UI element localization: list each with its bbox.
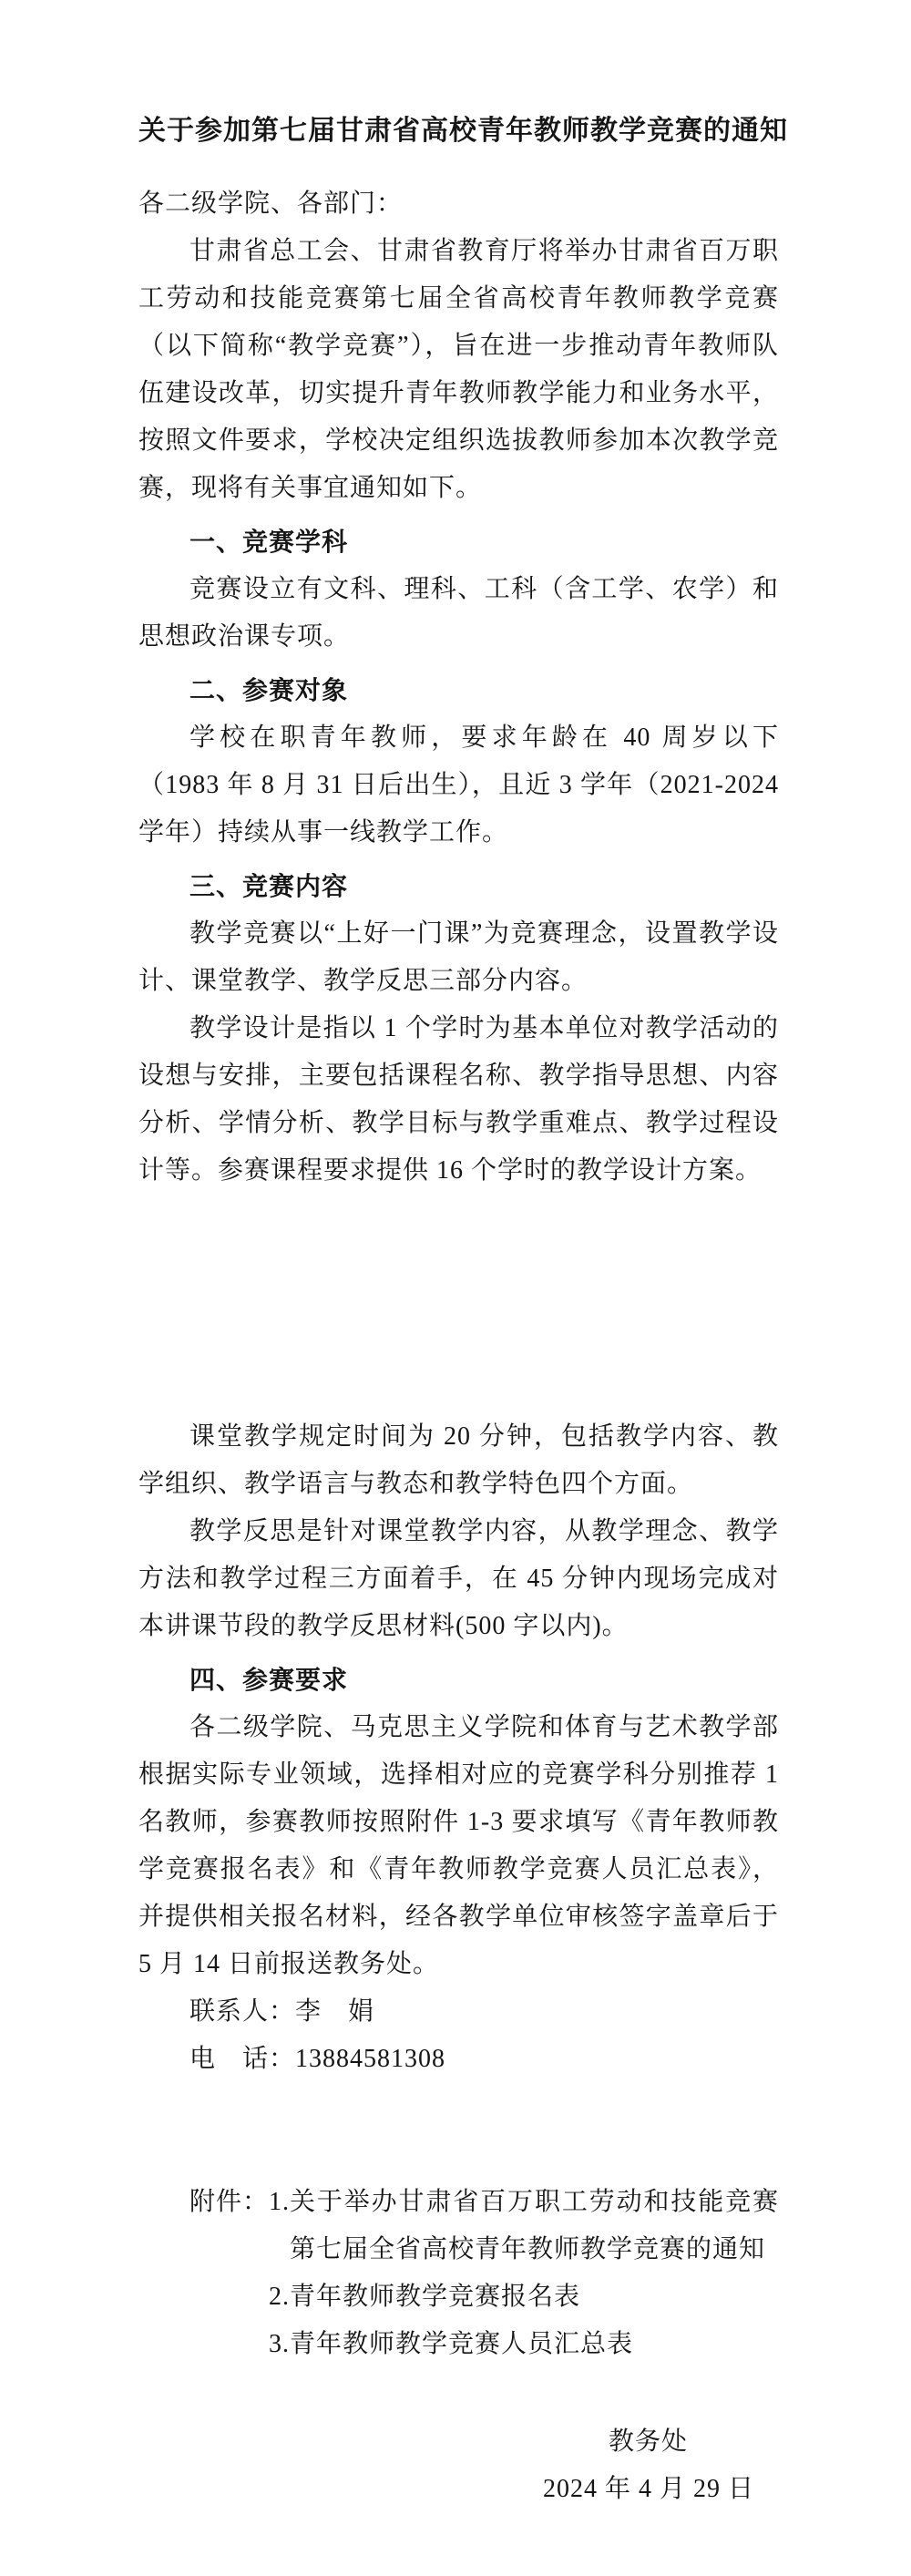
document-title: 关于参加第七届甘肃省高校青年教师教学竞赛的通知 <box>138 108 779 155</box>
attachments-list: 1. 关于举办甘肃省百万职工劳动和技能竞赛第七届全省高校青年教师教学竞赛的通知 … <box>269 2179 779 2368</box>
page-break-gap <box>138 1195 779 1413</box>
salutation: 各二级学院、各部门： <box>138 180 779 228</box>
attachment-item-1: 1. 关于举办甘肃省百万职工劳动和技能竞赛第七届全省高校青年教师教学竞赛的通知 <box>269 2179 779 2273</box>
section-heading-participants: 二、参赛对象 <box>138 667 779 714</box>
attachment-item-3-number: 3. <box>269 2321 290 2368</box>
attachments-block: 附件： 1. 关于举办甘肃省百万职工劳动和技能竞赛第七届全省高校青年教师教学竞赛… <box>138 2179 779 2368</box>
attachment-item-3: 3. 青年教师教学竞赛人员汇总表 <box>269 2321 779 2368</box>
contact-person-line: 联系人：李 娟 <box>138 1988 779 2036</box>
document-page: 关于参加第七届甘肃省高校青年教师教学竞赛的通知 各二级学院、各部门： 甘肃省总工… <box>0 0 911 2576</box>
section-2-paragraph: 学校在职青年教师，要求年龄在 40 周岁以下（1983 年 8 月 31 日后出… <box>138 714 779 857</box>
signature-date: 2024 年 4 月 29 日 <box>138 2466 779 2513</box>
attachment-item-2-text: 青年教师教学竞赛报名表 <box>290 2273 779 2321</box>
signature-department: 教务处 <box>138 2418 779 2466</box>
section-3-paragraph-1: 教学竞赛以“上好一门课”为竞赛理念，设置教学设计、课堂教学、教学反思三部分内容。 <box>138 910 779 1005</box>
section-heading-entry-requirements: 四、参赛要求 <box>138 1657 779 1704</box>
attachments-label: 附件： <box>189 2179 269 2368</box>
section-4-paragraph: 各二级学院、马克思主义学院和体育与艺术教学部根据实际专业领域，选择相对应的竞赛学… <box>138 1704 779 1988</box>
signature-block: 教务处 2024 年 4 月 29 日 <box>138 2418 779 2513</box>
section-1-paragraph: 竞赛设立有文科、理科、工科（含工学、农学）和思想政治课专项。 <box>138 566 779 661</box>
attachment-item-3-text: 青年教师教学竞赛人员汇总表 <box>290 2321 779 2368</box>
contact-phone-line: 电 话：13884581308 <box>138 2036 779 2083</box>
attachment-item-1-text: 关于举办甘肃省百万职工劳动和技能竞赛第七届全省高校青年教师教学竞赛的通知 <box>290 2179 779 2273</box>
section-heading-competition-subjects: 一、竞赛学科 <box>138 518 779 566</box>
attachment-item-2-number: 2. <box>269 2273 290 2321</box>
intro-paragraph: 甘肃省总工会、甘肃省教育厅将举办甘肃省百万职工劳动和技能竞赛第七届全省高校青年教… <box>138 228 779 512</box>
section-3-paragraph-4: 教学反思是针对课堂教学内容，从教学理念、教学方法和教学过程三方面着手，在 45 … <box>138 1508 779 1650</box>
attachment-item-1-number: 1. <box>269 2179 290 2273</box>
section-3-paragraph-3: 课堂教学规定时间为 20 分钟，包括教学内容、教学组织、教学语言与教态和教学特色… <box>138 1413 779 1508</box>
attachment-item-2: 2. 青年教师教学竞赛报名表 <box>269 2273 779 2321</box>
section-heading-competition-content: 三、竞赛内容 <box>138 863 779 910</box>
section-3-paragraph-2: 教学设计是指以 1 个学时为基本单位对教学活动的设想与安排，主要包括课程名称、教… <box>138 1005 779 1195</box>
